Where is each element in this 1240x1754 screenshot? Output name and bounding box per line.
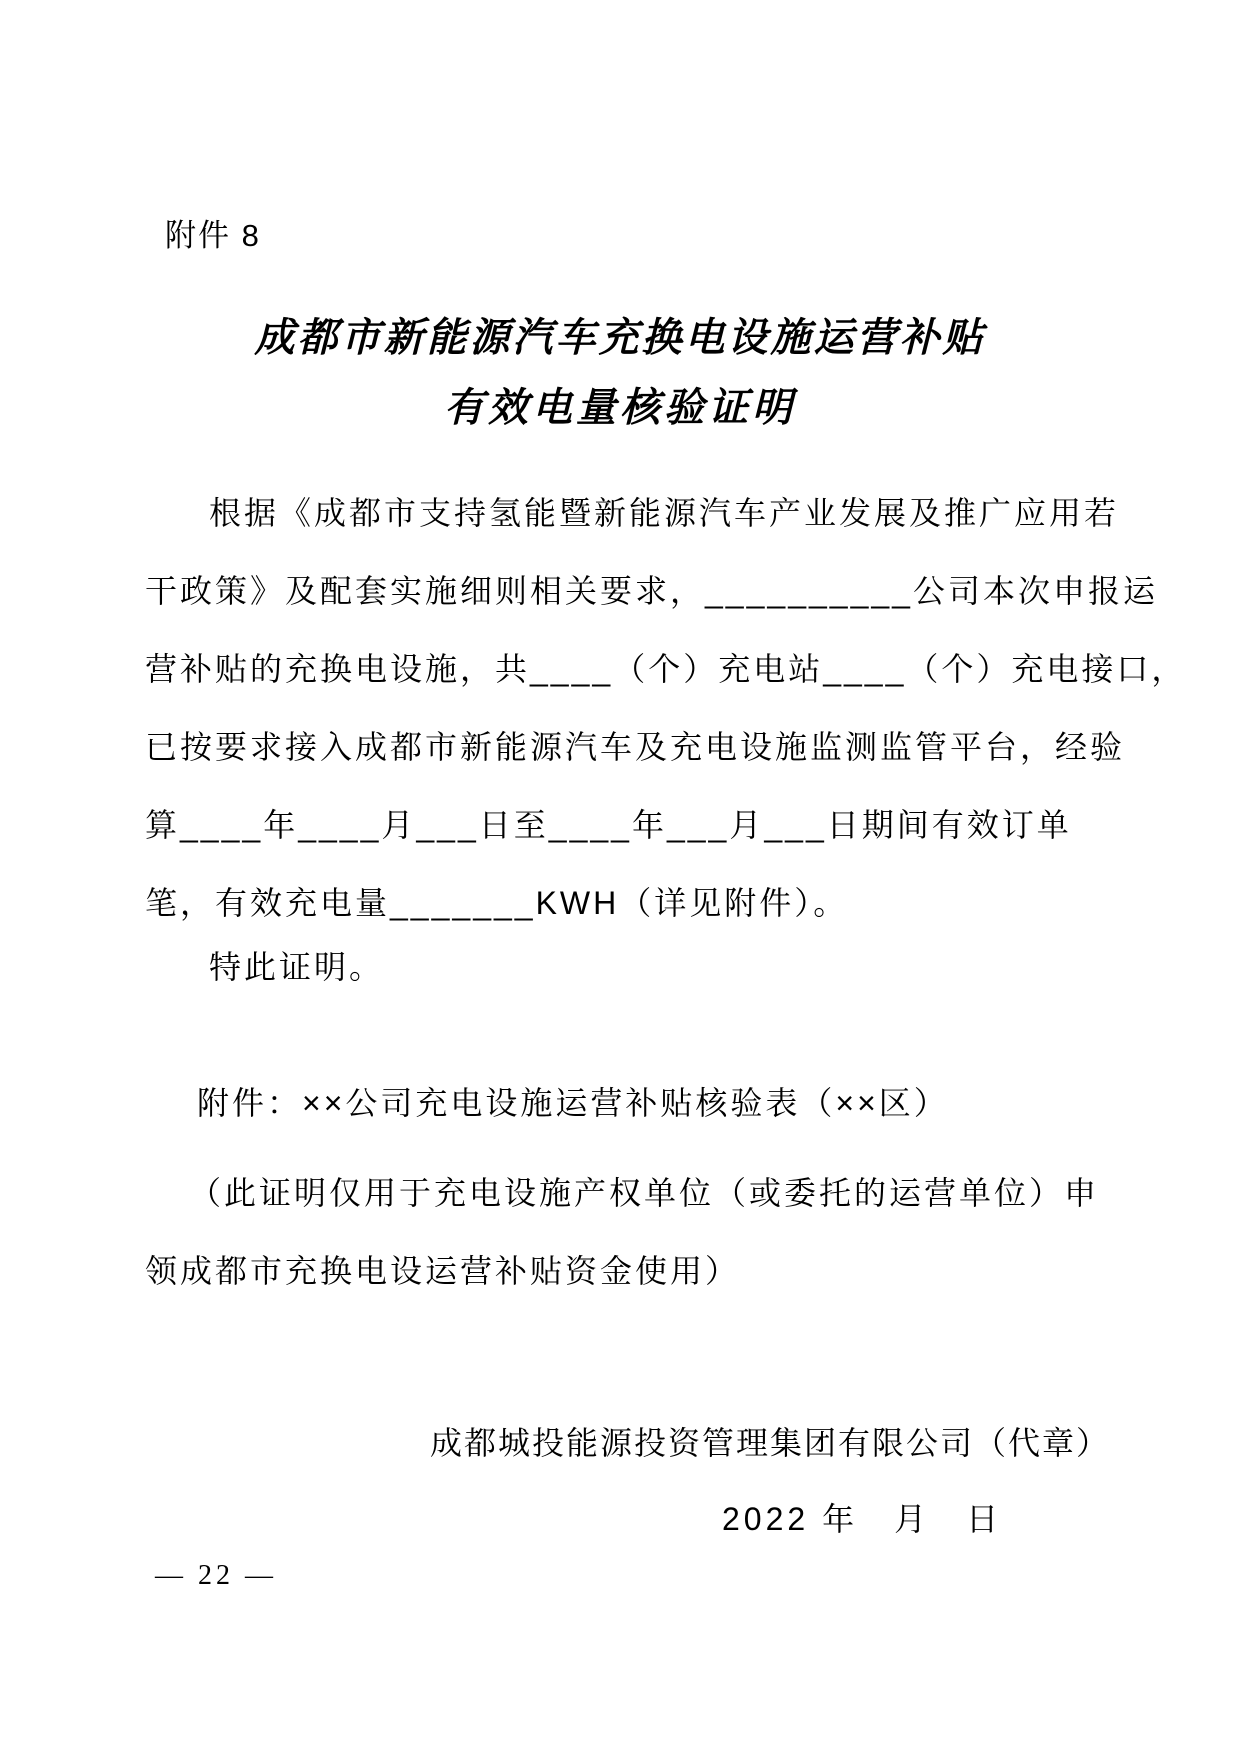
body-line: 营补贴的充换电设施，共____（个）充电站____（个）充电接口，: [145, 630, 1095, 708]
usage-note-line: 领成都市充换电设运营补贴资金使用）: [145, 1232, 1105, 1310]
document-title-line2: 有效电量核验证明: [0, 376, 1240, 433]
document-page: 附件 8 成都市新能源汽车充换电设施运营补贴 有效电量核验证明 根据《成都市支持…: [0, 0, 1240, 1754]
body-line: 已按要求接入成都市新能源汽车及充电设施监测监管平台，经验: [145, 708, 1095, 786]
usage-restriction-note: （此证明仅用于充电设施产权单位（或委托的运营单位）申 领成都市充换电设运营补贴资…: [145, 1154, 1105, 1310]
attachment-reference-note: 附件：××公司充电设施运营补贴核验表（××区）: [145, 1078, 949, 1124]
closing-statement: 特此证明。: [145, 942, 384, 988]
body-line: 笔，有效充电量_______KWH（详见附件）。: [145, 864, 1095, 942]
body-line: 干政策》及配套实施细则相关要求，__________公司本次申报运: [145, 552, 1095, 630]
usage-note-line: （此证明仅用于充电设施产权单位（或委托的运营单位）申: [145, 1154, 1105, 1232]
page-number: — 22 —: [155, 1560, 277, 1592]
document-title-line1: 成都市新能源汽车充换电设施运营补贴: [0, 306, 1240, 363]
signature-date: 2022 年 月 日: [722, 1494, 1002, 1540]
signature-company-name: 成都城投能源投资管理集团有限公司（代章）: [430, 1418, 1110, 1464]
body-paragraph: 根据《成都市支持氢能暨新能源汽车产业发展及推广应用若 干政策》及配套实施细则相关…: [145, 474, 1095, 942]
body-line: 根据《成都市支持氢能暨新能源汽车产业发展及推广应用若: [145, 474, 1095, 552]
body-line: 算____年____月___日至____年___月___日期间有效订单: [145, 786, 1095, 864]
attachment-number-label: 附件 8: [165, 210, 261, 255]
